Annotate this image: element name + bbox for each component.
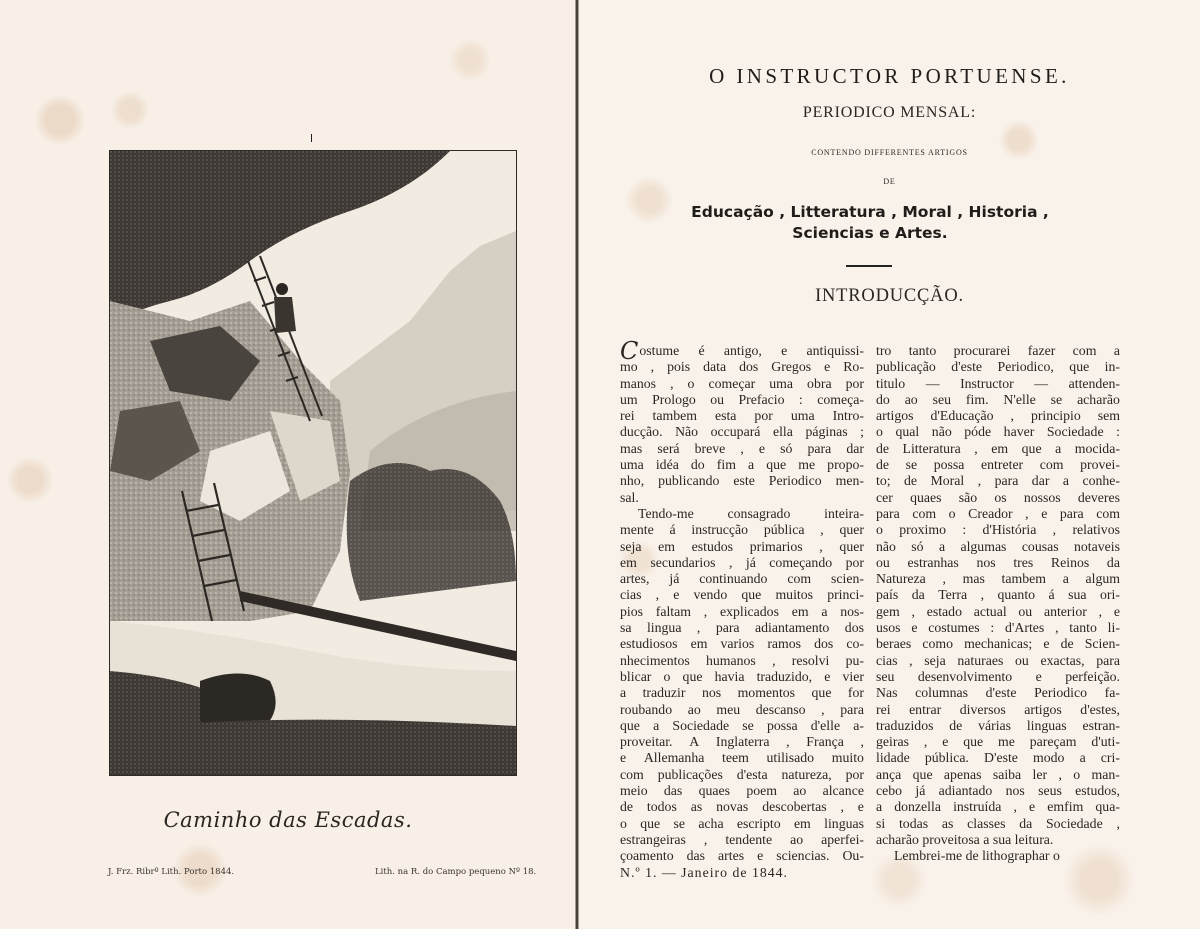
text-line: piosfaltam,explicadosemanos-: [620, 604, 864, 620]
text-line: estudiososemvariosramosdosco-: [620, 636, 864, 652]
text-line: titulo—Instructor—attenden-: [876, 376, 1120, 392]
text-line: sejaemestudosprimarios,quer: [620, 539, 864, 555]
text-line: Lembrei-me de lithographar o: [876, 848, 1120, 864]
text-line: blicaroquehaviatraduzido,evier: [620, 669, 864, 685]
text-line: to;deMoral,paradaraconhe-: [876, 473, 1120, 489]
text-line: desepossaentretercomprovei-: [876, 457, 1120, 473]
text-line: manos,ocomeçarumaobrapor: [620, 376, 864, 392]
text-line: queaSociedadesepossad'ellea-: [620, 718, 864, 734]
text-line: paracomoCreador,eparacom: [876, 506, 1120, 522]
text-line: compublicaçõesd'estanatureza,por: [620, 767, 864, 783]
lithographer-imprint: J. Frz. Ribrº Lith. Porto 1844.: [108, 867, 234, 877]
text-line: publicaçãod'estePeriodico,quein-: [876, 359, 1120, 375]
text-line: artigosd'Educação,principiosem: [876, 408, 1120, 424]
text-line: umaidéadofimaquemepropo-: [620, 457, 864, 473]
ornamental-rule: [846, 265, 892, 267]
text-line: artes,jácontinuandocomscien-: [620, 571, 864, 587]
book-spread: Caminho das Escadas. J. Frz. Ribrº Lith.…: [0, 0, 1200, 929]
issue-footer: N.º 1. — Janeiro de 1844.: [620, 865, 864, 881]
text-line: cerquaessãoosnossosdeveres: [876, 490, 1120, 506]
text-line: meiodasquaespoemaoalcance: [620, 783, 864, 799]
journal-title: O INSTRUCTOR PORTUENSE.: [579, 64, 1200, 89]
text-line: gem,estadoactualouanterior,e: [876, 604, 1120, 620]
text-line: atraduzirnosmomentosquefor: [620, 685, 864, 701]
topics-list: Educação , Litteratura , Moral , Histori…: [620, 202, 1120, 244]
topics-line-2: Sciencias e Artes.: [620, 223, 1120, 244]
text-line: reientrardiversosartigosd'estes,: [876, 702, 1120, 718]
text-column-right: trotantoprocurareifazercomapublicaçãod'e…: [876, 343, 1120, 865]
text-line: masserábreve,esóparadar: [620, 441, 864, 457]
text-line: roubandoaomeudescanso,para: [620, 702, 864, 718]
text-line: lidadepública.D'estemodoacri-: [876, 750, 1120, 766]
text-line: eAllemanhateemutilisadomuito: [620, 750, 864, 766]
drop-cap: C: [620, 343, 638, 359]
text-line: nho,publicandoestePeriodicomen-: [620, 473, 864, 489]
plate-number-mark: [311, 134, 312, 142]
text-line: sal.: [620, 490, 864, 506]
journal-subtitle: PERIODICO MENSAL:: [579, 104, 1200, 122]
topics-line-1: Educação , Litteratura , Moral , Histori…: [620, 202, 1120, 223]
contains-line: CONTENDO DIFFERENTES ARTIGOS: [579, 148, 1200, 157]
text-line: estrangeiras,tendenteaoaperfei-: [620, 832, 864, 848]
text-line: beraescomomechanicas;edeScien-: [876, 636, 1120, 652]
text-line: trotantoprocurareifazercoma: [876, 343, 1120, 359]
text-line: deLitteratura,emqueamocida-: [876, 441, 1120, 457]
text-line: geiras,equemepareçamd'uti-: [876, 734, 1120, 750]
section-heading: INTRODUCÇÃO.: [579, 286, 1200, 307]
text-line: sitodasasclassesdaSociedade,: [876, 816, 1120, 832]
text-line: umPrologoouPrefacio:começa-: [620, 392, 864, 408]
landscape-engraving-icon: [110, 151, 516, 775]
text-line: ançaqueapenassaibaler,oman-: [876, 767, 1120, 783]
text-line: mo,poisdatadosGregoseRo-: [620, 359, 864, 375]
text-line: doaoseufim.N'elleseacharão: [876, 392, 1120, 408]
text-line: nhecimentoshumanos,resolvipu-: [620, 653, 864, 669]
text-line: cias,sejanaturaesouexactas,para: [876, 653, 1120, 669]
text-line: çoamentodasartesesciencias.Ou-: [620, 848, 864, 864]
text-line: traduzidosdeváriaslinguasestran-: [876, 718, 1120, 734]
text-line: ouestranhasnostresReinosda: [876, 555, 1120, 571]
text-line: adonzellainstruída,eemfimqua-: [876, 799, 1120, 815]
text-line: oqueseachaescriptoemlinguas: [620, 816, 864, 832]
text-line: paísdaTerra,quantoásuaori-: [876, 587, 1120, 603]
text-line: acharão proveitosa a sua leitura.: [876, 832, 1120, 848]
lithograph-illustration: [109, 150, 517, 776]
de-line: DE: [579, 177, 1200, 186]
text-line: cias,evendoquemuitosprinci-: [620, 587, 864, 603]
illustration-caption: Caminho das Escadas.: [0, 808, 576, 832]
text-line: usosecostumes:d'Artes,tantoli-: [876, 620, 1120, 636]
text-line: reitambemestaporumaIntro-: [620, 408, 864, 424]
text-line: Nascolumnasd'estePeriodicofa-: [876, 685, 1120, 701]
text-line: cebojáadiantadonosseusestudos,: [876, 783, 1120, 799]
printer-address-imprint: Lith. na R. do Campo pequeno Nº 18.: [375, 867, 536, 877]
text-column-left: Costume é antigo, e antiquissi-mo,poisda…: [620, 343, 864, 881]
text-line: salingua,paraadiantamentodos: [620, 620, 864, 636]
text-line: emsecundarios,jácomeçandopor: [620, 555, 864, 571]
text-line: Costume é antigo, e antiquissi-: [620, 343, 864, 359]
text-line: oqualnãopódehaverSociedade:: [876, 424, 1120, 440]
text-line: Tendo-meconsagradointeira-: [620, 506, 864, 522]
text-line: ducção.Nãooccuparáellapáginas;: [620, 424, 864, 440]
text-line: Natureza,mastambemaalgum: [876, 571, 1120, 587]
text-line: proveitar.AInglaterra,França,: [620, 734, 864, 750]
text-line: menteáinstrucçãopública,quer: [620, 522, 864, 538]
text-line: oproximo:d'História,relativos: [876, 522, 1120, 538]
text-line: seudesenvolvimentoeperfeição.: [876, 669, 1120, 685]
text-line: nãosóaalgumascousasnotaveis: [876, 539, 1120, 555]
text-line: detodosasnovasdescobertas,e: [620, 799, 864, 815]
